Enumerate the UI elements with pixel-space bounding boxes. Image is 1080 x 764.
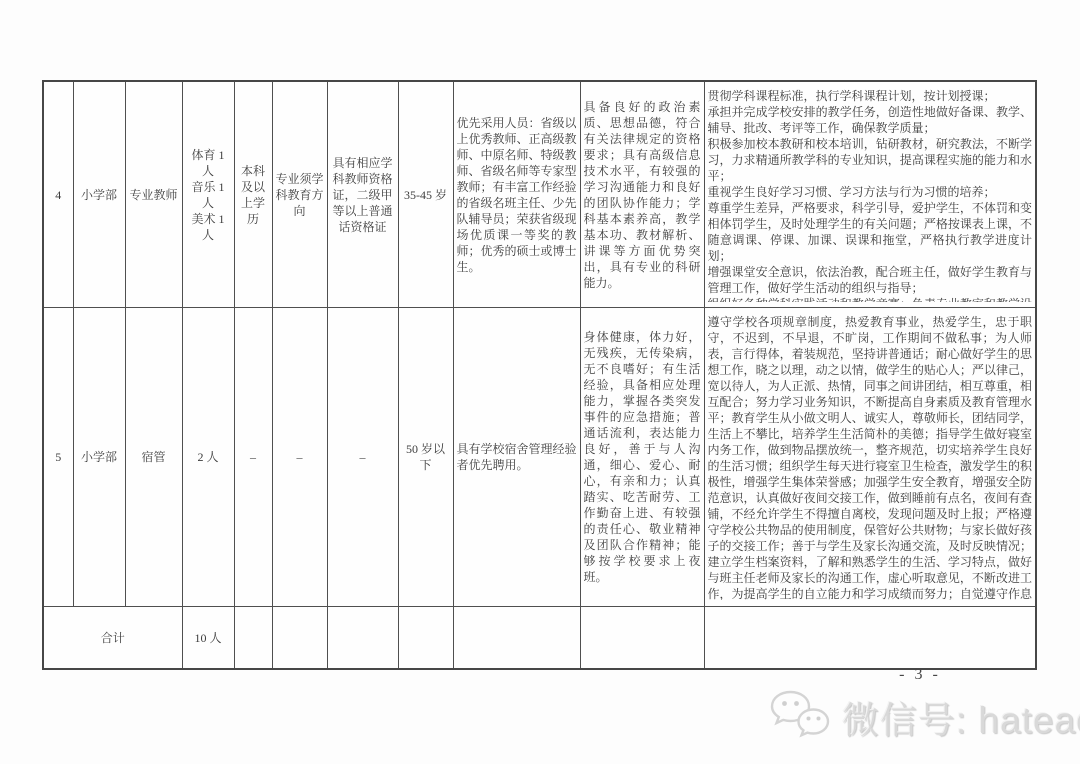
- empty-cell: [327, 607, 398, 670]
- wechat-icon: [768, 686, 832, 747]
- cell-headcount: 2 人: [182, 308, 234, 607]
- cell-headcount: 体育 1 人 音乐 1 人 美术 1 人: [182, 81, 234, 308]
- cell-priority: 具有学校宿舍管理经验者优先聘用。: [453, 308, 580, 607]
- empty-cell: [704, 607, 1036, 670]
- cell-priority: 优先采用人员：省级以上优秀教师、正高级教师、中原名师、特级教师、省级名师等专家型…: [453, 81, 580, 308]
- total-row: 合计 10 人: [43, 607, 1036, 670]
- empty-cell: [398, 607, 453, 670]
- cell-age: 50 岁以下: [398, 308, 453, 607]
- cell-department: 小学部: [73, 81, 125, 308]
- cell-major: –: [272, 308, 327, 607]
- total-label: 合计: [43, 607, 182, 670]
- empty-cell: [580, 607, 704, 670]
- cell-quality: 身体健康，体力好，无残疾，无传染病，无不良嗜好；有生活经验，具备相应处理能力，掌…: [580, 308, 704, 607]
- cell-education: –: [234, 308, 272, 607]
- watermark-text: 微信号: hateacher: [842, 690, 1080, 744]
- cell-position: 专业教师: [125, 81, 182, 308]
- cell-education: 本科及以上学历: [234, 81, 272, 308]
- cell-position: 宿管: [125, 308, 182, 607]
- empty-cell: [453, 607, 580, 670]
- cell-department: 小学部: [73, 308, 125, 607]
- cell-age: 35-45 岁: [398, 81, 453, 308]
- cell-certificate: 具有相应学科教师资格证，二级甲等以上普通话资格证: [327, 81, 398, 308]
- cell-certificate: –: [327, 308, 398, 607]
- cell-no: 4: [43, 81, 73, 308]
- recruitment-table: 4 小学部 专业教师 体育 1 人 音乐 1 人 美术 1 人 本科及以上学历 …: [42, 80, 1037, 670]
- empty-cell: [234, 607, 272, 670]
- watermark: 微信号: hateacher: [768, 686, 1080, 747]
- total-headcount: 10 人: [182, 607, 234, 670]
- page-number: - 3 -: [870, 666, 970, 684]
- empty-cell: [272, 607, 327, 670]
- cell-duties: 遵守学校各项规章制度，热爱教育事业，热爱学生，忠于职守，不迟到，不早退，不旷岗，…: [704, 308, 1036, 607]
- cell-duties: 贯彻学科课程标准，执行学科课程计划，按计划授课； 承担并完成学校安排的教学任务，…: [704, 81, 1036, 308]
- table-row: 4 小学部 专业教师 体育 1 人 音乐 1 人 美术 1 人 本科及以上学历 …: [43, 81, 1036, 308]
- cell-no: 5: [43, 308, 73, 607]
- cell-major: 专业须学科教育方向: [272, 81, 327, 308]
- document-page: 4 小学部 专业教师 体育 1 人 音乐 1 人 美术 1 人 本科及以上学历 …: [0, 0, 1080, 764]
- cell-quality: 具备良好的政治素质、思想品德，符合有关法律规定的资格要求；具有高级信息技术水平，…: [580, 81, 704, 308]
- table-row: 5 小学部 宿管 2 人 – – – 50 岁以下 具有学校宿舍管理经验者优先聘…: [43, 308, 1036, 607]
